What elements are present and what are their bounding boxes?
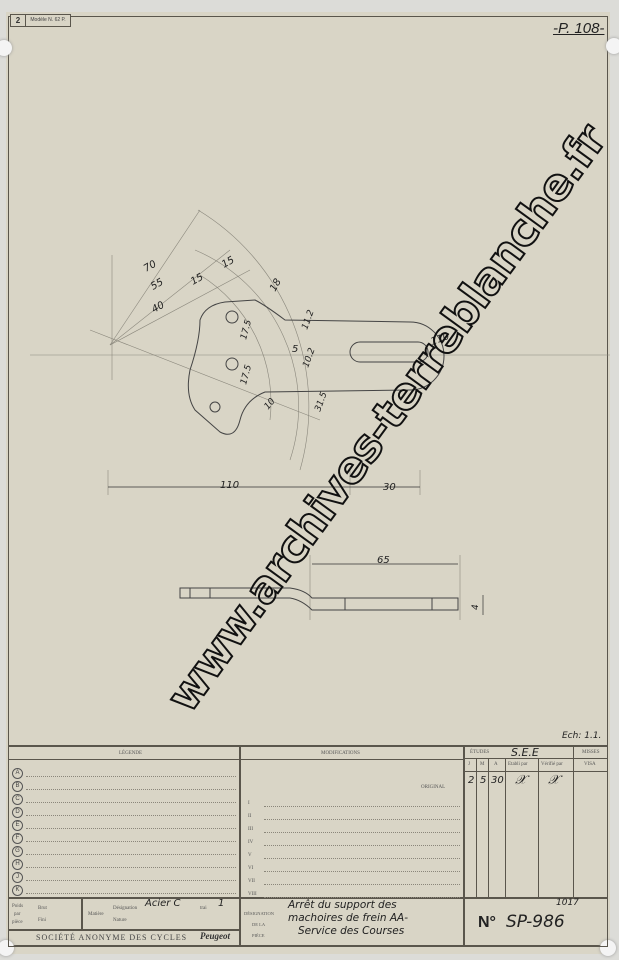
col-established-by: Etabli par [508, 762, 528, 767]
legend-item-h: H [12, 859, 23, 870]
svg-text:70: 70 [142, 259, 159, 275]
col-a: A [494, 762, 498, 767]
revised-drawing-number: 1017 [556, 898, 579, 908]
svg-text:31.5: 31.5 [313, 391, 329, 414]
mod-row-iii: III [248, 827, 253, 832]
mod-row-v: V [248, 853, 252, 858]
legend-item-b: B [12, 781, 23, 792]
svg-text:10.2: 10.2 [301, 347, 317, 370]
modifications-heading: MODIFICATIONS [321, 751, 360, 756]
brand-logo: Peugeot [200, 931, 230, 941]
mod-row-vii: VII [248, 879, 255, 884]
treatment-value: 1 [218, 898, 224, 909]
col-verified-by: Vérifié par [541, 762, 563, 767]
legend-item-e: E [12, 820, 23, 831]
date-year: 30 [491, 775, 504, 786]
gross-weight-label: Brut [38, 906, 47, 911]
material-designation-label: Désignation [113, 906, 137, 911]
original-label: ORIGINAL [421, 785, 445, 790]
verified-by-signature: 𝒳 [548, 773, 559, 788]
legend-item-g: G [12, 846, 23, 857]
visa-heading: MISSES [582, 750, 600, 755]
svg-text:17.5: 17.5 [239, 364, 254, 386]
svg-text:4: 4 [471, 604, 481, 610]
title-block: LÉGENDE A B C D E F G H J K MODIFICATION… [8, 745, 608, 947]
mod-row-viii: VIII [248, 892, 257, 897]
date-month: 5 [480, 775, 486, 786]
date-day: 2 [468, 775, 474, 786]
col-visa: VISA [584, 762, 596, 767]
part-name-line-1: Arrêt du support des [288, 899, 397, 911]
weight-label-2: par [14, 912, 20, 917]
part-name-line-2: machoires de frein AA- [288, 912, 408, 924]
modifications-section: MODIFICATIONS ORIGINAL [240, 746, 464, 898]
material-designation-value: Acier C [145, 898, 181, 909]
svg-text:30: 30 [383, 482, 396, 493]
svg-text:11.2: 11.2 [300, 309, 316, 332]
svg-text:55: 55 [149, 277, 166, 293]
treatment-label: trai [200, 906, 207, 911]
scale-label: Ech: 1.1. [562, 731, 601, 741]
number-prefix: N° [478, 914, 496, 932]
part-designation-label-3: PIÈCE [252, 933, 265, 938]
svg-text:5: 5 [292, 344, 298, 355]
weight-label-3: pièce [12, 920, 23, 925]
studies-section [464, 746, 608, 898]
part-name-line-3: Service des Courses [298, 925, 404, 937]
material-nature-label: Nature [113, 918, 127, 923]
weight-label: Poids [12, 904, 23, 909]
svg-text:110: 110 [220, 480, 239, 491]
svg-text:15: 15 [189, 272, 206, 288]
drawing-number: SP-986 [506, 912, 565, 932]
established-by-signature: 𝒳 [515, 773, 526, 788]
material-label: Matière [88, 912, 104, 917]
studies-heading: ÉTUDES [470, 750, 489, 755]
mod-row-vi: VI [248, 866, 253, 871]
svg-text:15: 15 [220, 255, 237, 271]
net-weight-label: Fini [38, 918, 46, 923]
col-j: J [468, 762, 470, 767]
legend-section: LÉGENDE [8, 746, 240, 898]
mod-row-ii: II [248, 814, 251, 819]
legend-item-j: J [12, 872, 23, 883]
mod-row-iv: IV [248, 840, 253, 845]
part-designation-label-2: DE LA [252, 922, 265, 927]
legend-item-f: F [12, 833, 23, 844]
svg-text:10: 10 [263, 397, 278, 412]
legend-item-d: D [12, 807, 23, 818]
mod-row-i: I [248, 801, 250, 806]
legend-item-a: A [12, 768, 23, 779]
legend-item-c: C [12, 794, 23, 805]
legend-heading: LÉGENDE [119, 751, 142, 756]
legend-item-k: K [12, 885, 23, 896]
svg-text:65: 65 [377, 555, 390, 566]
part-designation-label: DÉSIGNATION [244, 911, 274, 916]
col-m: M [480, 762, 484, 767]
company-name: SOCIÉTÉ ANONYME DES CYCLES [36, 933, 187, 942]
